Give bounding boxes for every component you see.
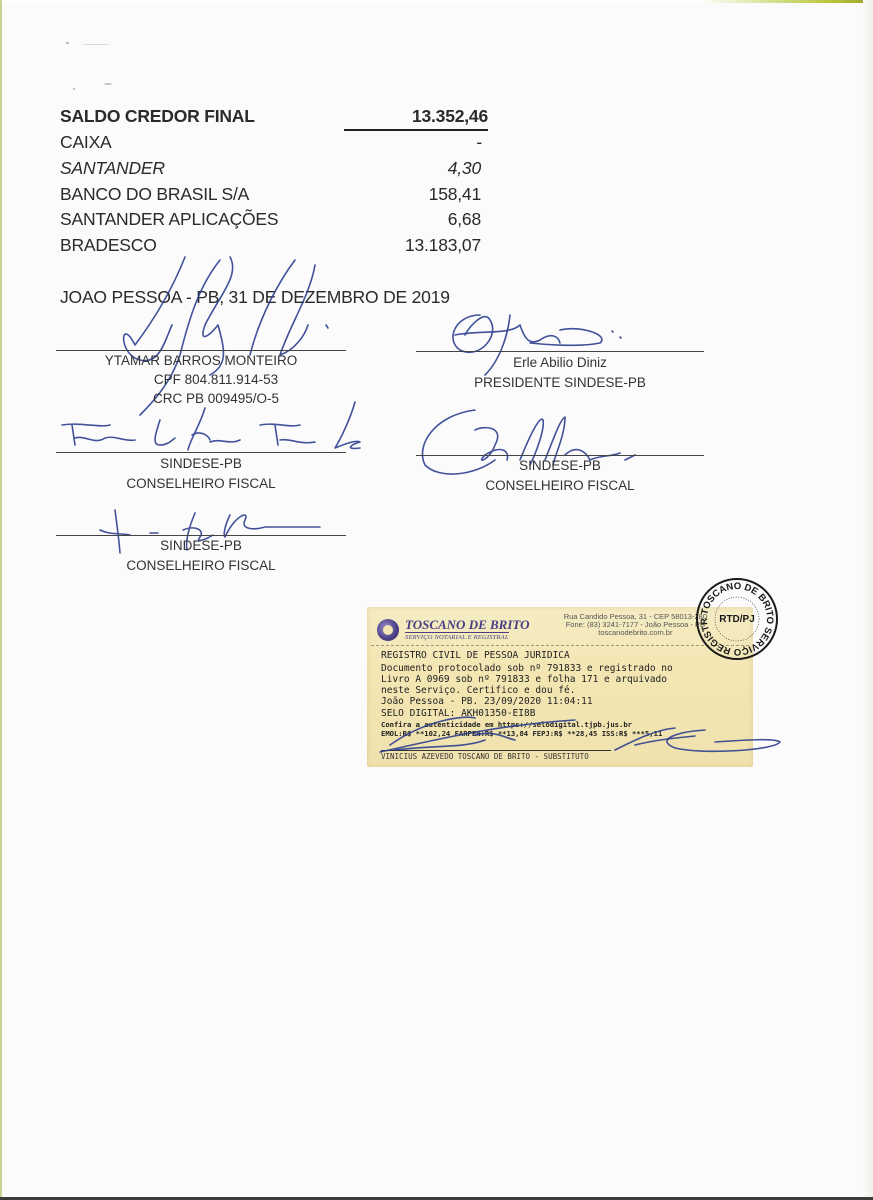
fiscal-1-signature-icon [60,400,370,460]
balance-row: SANTANDER 4,30 [60,158,480,183]
balance-total-label: SALDO CREDOR FINAL [60,106,255,127]
scan-edge-right [863,0,873,1200]
balance-row-label: BANCO DO BRASIL S/A [60,184,249,205]
scan-edge-left [0,0,2,1200]
notary-logo-icon [377,619,399,641]
scan-speck [66,42,69,44]
fiscal-2-signature-line [416,455,704,456]
round-seal-icon: TOSCANO DE BRITO SERVIÇO REGISTRAL RTD/P… [695,577,779,661]
balance-row-value: 4,30 [448,158,481,179]
notary-address: Rua Candido Pessoa, 31 - CEP 58013-280 F… [564,613,707,637]
balance-total-row: SALDO CREDOR FINAL 13.352,46 [60,106,480,131]
balance-row-value: 13.183,07 [405,235,481,256]
scan-speck [73,88,75,90]
round-seal-center-text: RTD/PJ [719,614,755,625]
stamp-line: Documento protocolado sob nº 791833 e re… [381,663,673,674]
balance-row-label: SANTANDER APLICAÇÕES [60,209,278,230]
fiscal-2-org: SINDESE-PB [416,458,704,473]
fiscal-3-role: CONSELHEIRO FISCAL [56,558,346,573]
balance-row-value: 6,68 [448,209,481,230]
accountant-cpf: CPF 804.811.914-53 [56,372,346,387]
stamp-title: REGISTRO CIVIL DE PESSOA JURIDICA [381,649,673,663]
scan-speck [104,83,112,85]
accountant-name: YTAMAR BARROS MONTEIRO [56,353,346,368]
balance-row-value: - [476,132,482,153]
president-name: Erle Abilio Diniz [416,355,704,370]
fiscal-1-signature-line [56,452,346,453]
fiscal-3-signature-line [56,535,346,536]
president-signature-line [416,351,704,352]
stamp-divider [371,645,749,647]
balance-row: BANCO DO BRASIL S/A 158,41 [60,184,480,209]
balance-row: CAIXA - [60,132,480,157]
registry-round-seal: TOSCANO DE BRITO SERVIÇO REGISTRAL RTD/P… [695,577,779,661]
fiscal-2-role: CONSELHEIRO FISCAL [416,478,704,493]
fiscal-1-org: SINDESE-PB [56,456,346,471]
notary-brand: TOSCANO DE BRITO [405,617,530,633]
balance-row-value: 158,41 [429,184,481,205]
scan-speck [82,44,110,45]
balance-total-value: 13.352,46 [412,106,488,127]
total-underline [344,129,488,131]
notary-website: toscanodebrito.com.br [564,629,707,637]
stamp-datetime: João Pessoa - PB. 23/09/2020 11:04:11 [381,696,673,707]
stamp-line: neste Serviço. Certifico e dou fé. [381,685,673,696]
scan-edge-top [0,0,873,3]
balance-row-label: SANTANDER [60,158,165,179]
balance-row-label: CAIXA [60,132,112,153]
fiscal-3-org: SINDESE-PB [56,538,346,553]
notary-signature-icon [375,710,790,755]
fiscal-1-role: CONSELHEIRO FISCAL [56,476,346,491]
balance-row-label: BRADESCO [60,235,157,256]
stamp-line: Livro A 0969 sob nº 791833 e folha 171 e… [381,674,673,685]
president-role: PRESIDENTE SINDESE-PB [416,375,704,390]
notary-brand-subtitle: SERVIÇO NOTARIAL E REGISTRAL [405,632,509,641]
accountant-signature-line [56,350,346,351]
balance-row: SANTANDER APLICAÇÕES 6,68 [60,209,480,234]
